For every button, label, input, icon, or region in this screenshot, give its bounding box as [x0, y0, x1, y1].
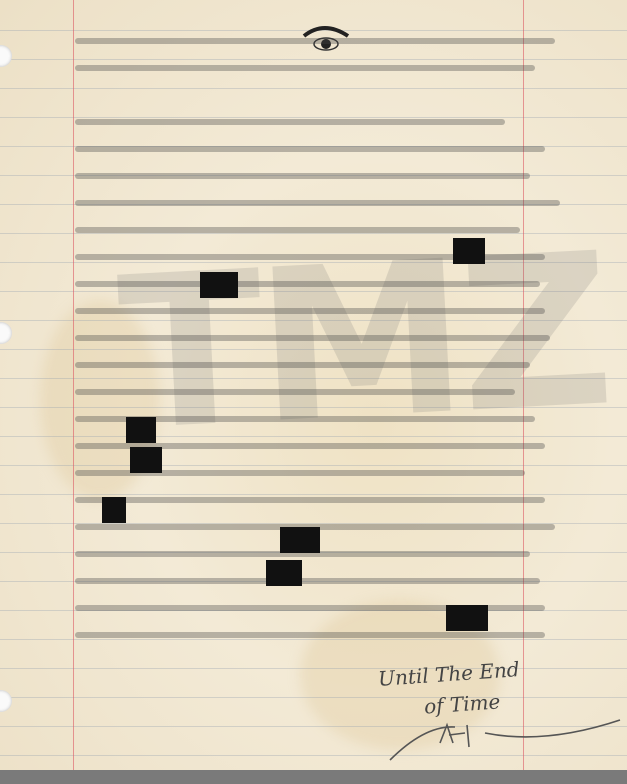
- text-line-placeholder: [75, 389, 515, 395]
- left-margin-line: [73, 0, 74, 770]
- redaction-bar: [280, 527, 320, 553]
- rule-line: [0, 88, 627, 89]
- rule-line: [0, 668, 627, 669]
- letter-page: TMZ Until The End of Time: [0, 0, 627, 770]
- scan-border: [0, 770, 627, 784]
- redaction-bar: [102, 497, 126, 523]
- text-line-placeholder: [75, 146, 545, 152]
- punch-hole: [0, 690, 12, 712]
- text-line-placeholder: [75, 362, 530, 368]
- punch-hole: [0, 322, 12, 344]
- text-line-placeholder: [75, 227, 520, 233]
- rule-line: [0, 494, 627, 495]
- text-line-placeholder: [75, 38, 555, 44]
- redaction-bar: [200, 272, 238, 298]
- text-line-placeholder: [75, 119, 505, 125]
- text-line-placeholder: [75, 281, 540, 287]
- text-line-placeholder: [75, 497, 545, 503]
- text-line-placeholder: [75, 308, 545, 314]
- redaction-bar: [266, 560, 302, 586]
- punch-hole: [0, 45, 12, 67]
- signature-scribble: [385, 715, 625, 765]
- rule-line: [0, 639, 627, 640]
- text-line-placeholder: [75, 578, 540, 584]
- text-line-placeholder: [75, 335, 550, 341]
- watermark: TMZ: [114, 207, 613, 477]
- rule-line: [0, 59, 627, 60]
- text-line-placeholder: [75, 173, 530, 179]
- redaction-bar: [126, 417, 156, 443]
- redaction-bar: [446, 605, 488, 631]
- text-line-placeholder: [75, 200, 560, 206]
- rule-line: [0, 697, 627, 698]
- redaction-bar: [130, 447, 162, 473]
- rule-line: [0, 117, 627, 118]
- text-line-placeholder: [75, 632, 545, 638]
- text-line-placeholder: [75, 65, 535, 71]
- redaction-bar: [453, 238, 485, 264]
